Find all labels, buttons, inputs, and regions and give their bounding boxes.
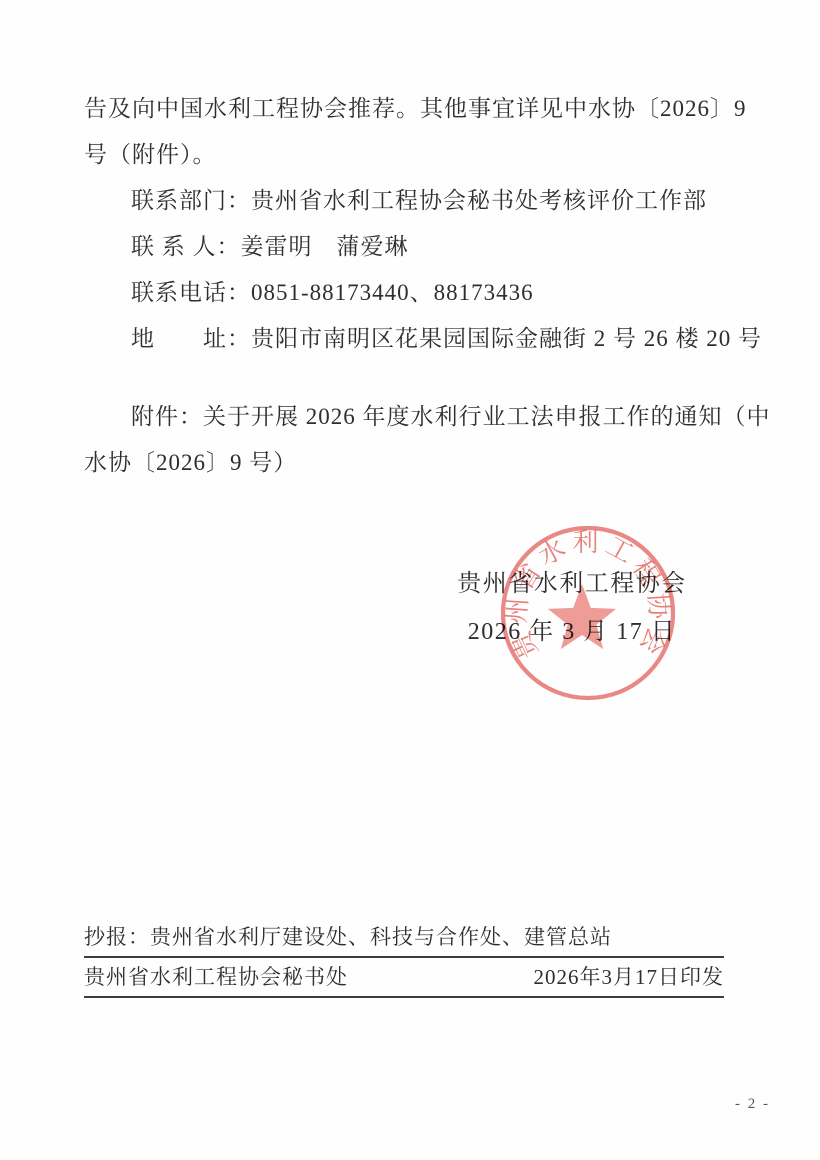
footer-issuer: 贵州省水利工程协会秘书处 [84,958,348,996]
footer-cc-line: 抄报：贵州省水利厅建设处、科技与合作处、建管总站 [84,920,724,954]
contact-address-line: 地 址：贵阳市南明区花果园国际金融街 2 号 26 楼 20 号 [84,316,736,362]
attachment-line: 附件：关于开展 2026 年度水利行业工法申报工作的通知（中 [84,394,736,440]
footer-print-date: 2026年3月17日印发 [534,958,725,996]
signature-date: 2026 年 3 月 17 日 [398,608,746,656]
document-page: 告及向中国水利工程协会推荐。其他事宜详见中水协〔2026〕9 号（附件）。 联系… [0,0,820,1160]
body-line: 号（附件）。 [84,132,736,178]
contact-person-line: 联 系 人：姜雷明 蒲爱琳 [84,224,736,270]
signature-block: 贵州省水利工程协会 2026 年 3 月 17 日 [398,560,746,656]
page-number: - 2 - [735,1096,770,1113]
contact-phone-line: 联系电话：0851-88173440、88173436 [84,270,736,316]
body-text-block: 告及向中国水利工程协会推荐。其他事宜详见中水协〔2026〕9 号（附件）。 联系… [84,86,736,362]
footer-issue-row: 贵州省水利工程协会秘书处 2026年3月17日印发 [84,958,724,996]
footer-divider-bottom [84,996,724,998]
footer-block: 抄报：贵州省水利厅建设处、科技与合作处、建管总站 贵州省水利工程协会秘书处 20… [84,920,724,998]
body-line: 告及向中国水利工程协会推荐。其他事宜详见中水协〔2026〕9 [84,86,736,132]
contact-department-line: 联系部门：贵州省水利工程协会秘书处考核评价工作部 [84,178,736,224]
attachment-block: 附件：关于开展 2026 年度水利行业工法申报工作的通知（中 水协〔2026〕9… [84,394,736,486]
attachment-line: 水协〔2026〕9 号） [84,440,736,486]
signature-org-name: 贵州省水利工程协会 [398,560,746,608]
